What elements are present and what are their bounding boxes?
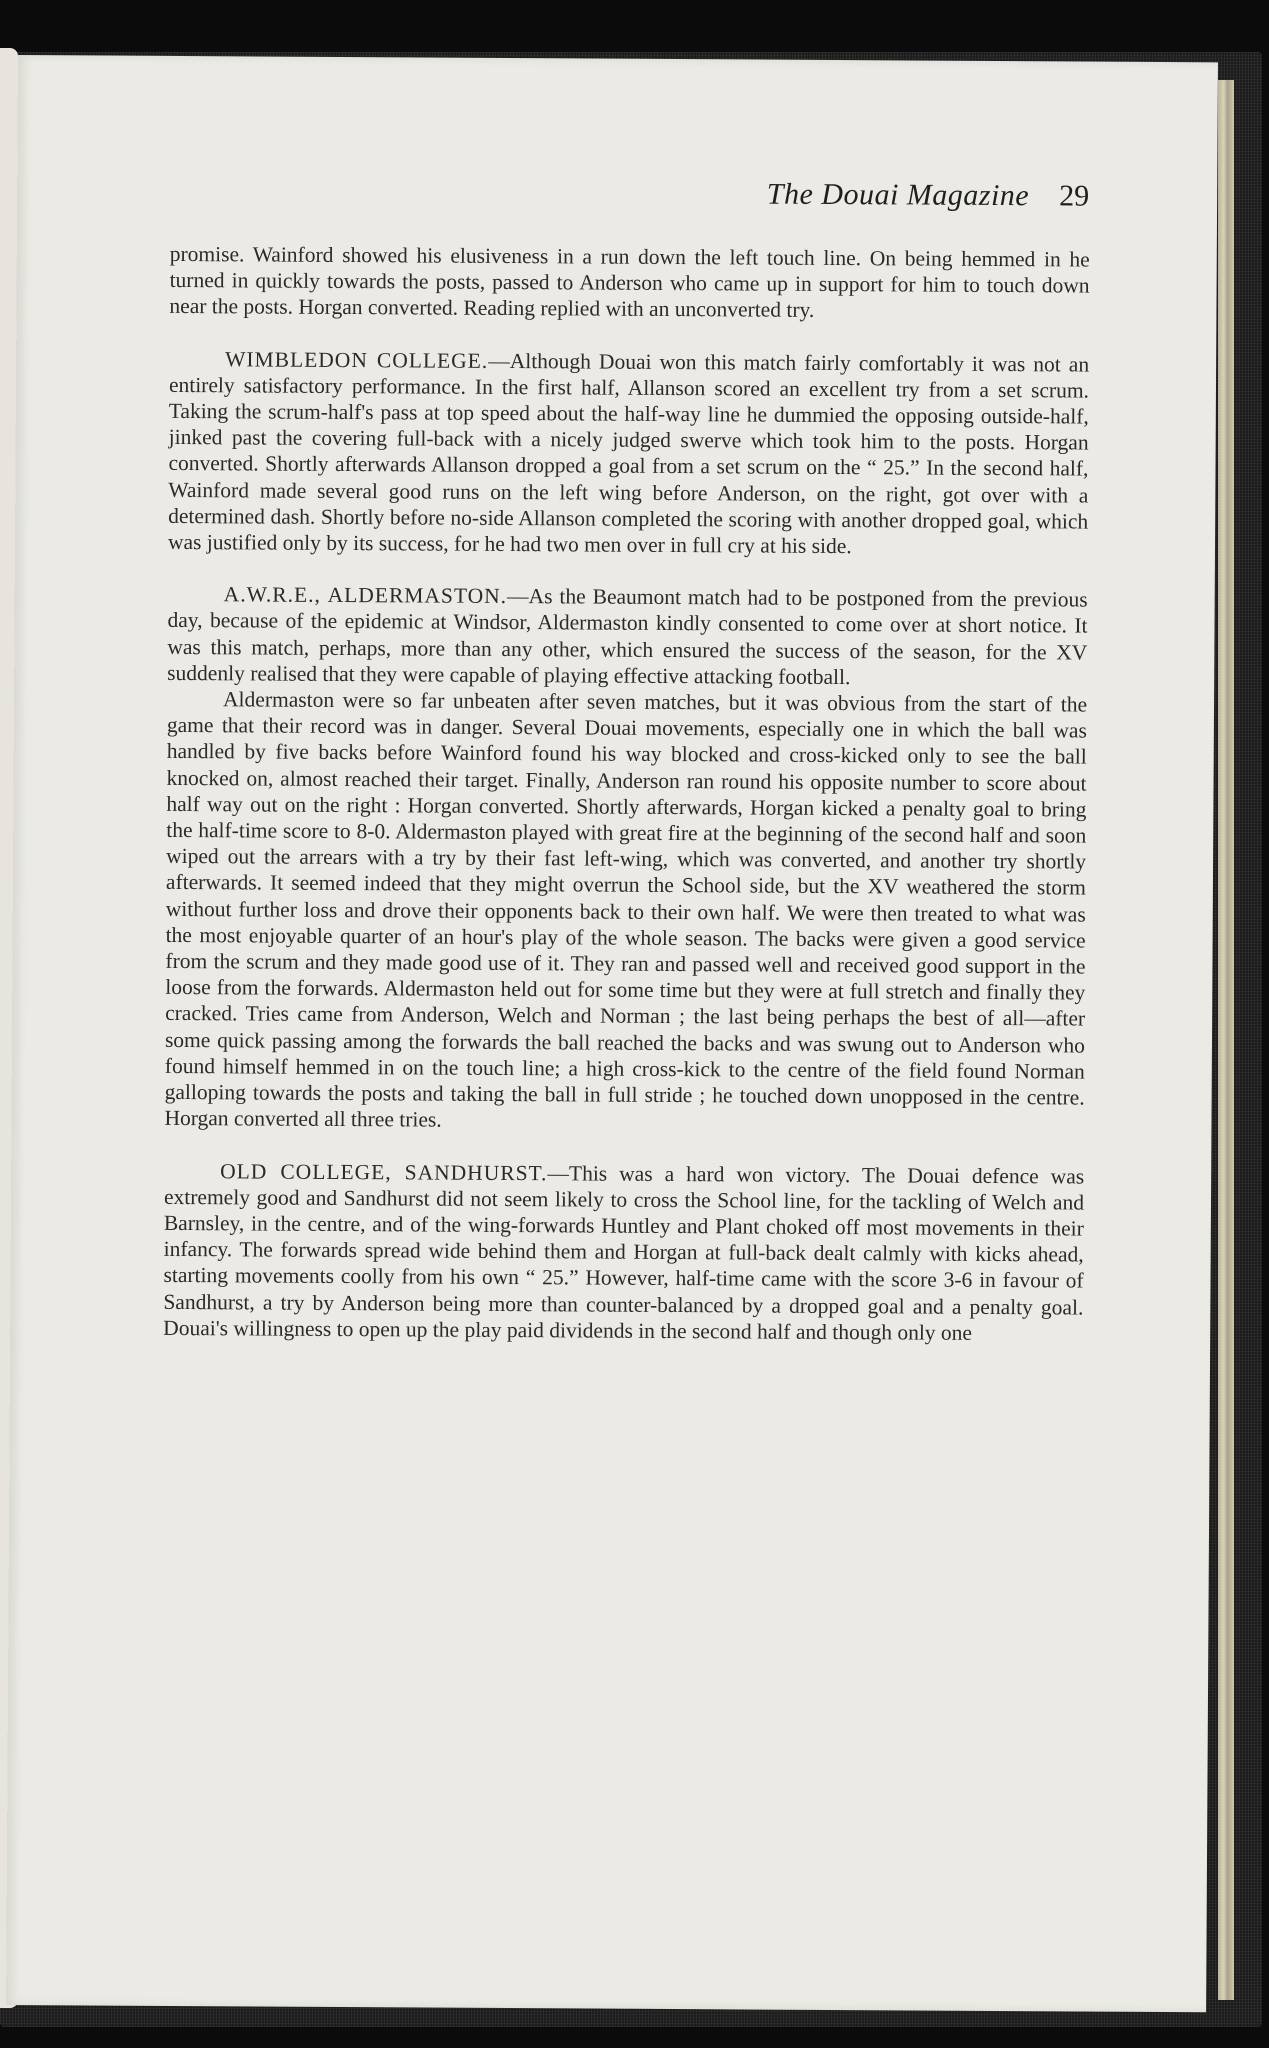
paragraph-reading-continuation: promise. Wainford showed his elusiveness… (169, 241, 1089, 325)
paragraph-text: —Although Douai won this match fairly co… (168, 348, 1089, 558)
paragraph-aldermaston-report: Aldermaston were so far unbeaten after s… (164, 686, 1087, 1137)
article-body: promise. Wainford showed his elusiveness… (163, 241, 1090, 1347)
running-header: The Douai Magazine29 (767, 178, 1090, 214)
match-heading: WIMBLEDON COLLEGE. (225, 347, 488, 373)
paragraph-awre-aldermaston: A.W.R.E., ALDERMASTON.—As the Beaumont m… (167, 581, 1088, 691)
magazine-title: The Douai Magazine (767, 178, 1030, 213)
paragraph-old-college-sandhurst: OLD COLLEGE, SANDHURST.—This was a hard … (163, 1157, 1084, 1346)
magazine-page: The Douai Magazine29 promise. Wainford s… (6, 55, 1218, 2012)
paragraph-wimbledon-college: WIMBLEDON COLLEGE.—Although Douai won th… (168, 346, 1089, 561)
paragraph-text: —This was a hard won victory. The Douai … (163, 1161, 1084, 1345)
match-heading: OLD COLLEGE, SANDHURST. (220, 1159, 547, 1185)
page-number: 29 (1059, 179, 1089, 212)
match-heading: A.W.R.E., ALDERMASTON. (224, 583, 508, 609)
paragraph-text: promise. Wainford showed his elusiveness… (169, 242, 1089, 322)
page-stack-edge (1218, 80, 1234, 2000)
paragraph-text: Aldermaston were so far unbeaten after s… (164, 687, 1087, 1132)
